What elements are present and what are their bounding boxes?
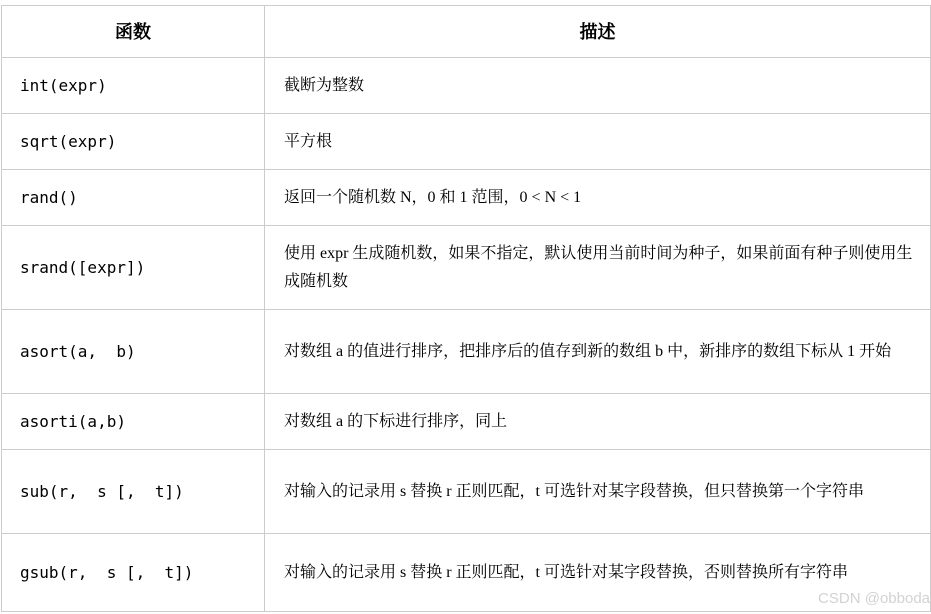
table-row-srand: srand([expr]) 使用 expr 生成随机数，如果不指定，默认使用当前… <box>2 226 931 310</box>
function-cell: rand() <box>2 170 265 226</box>
table-row-gsub: gsub(r, s [, t]) 对输入的记录用 s 替换 r 正则匹配，t 可… <box>2 534 931 612</box>
function-cell: asort(a, b) <box>2 310 265 394</box>
description-cell: 截断为整数 <box>265 58 931 114</box>
description-cell: 使用 expr 生成随机数，如果不指定，默认使用当前时间为种子，如果前面有种子则… <box>265 226 931 310</box>
table-row-sqrt: sqrt(expr) 平方根 <box>2 114 931 170</box>
table-row-int: int(expr) 截断为整数 <box>2 58 931 114</box>
description-cell: 对数组 a 的值进行排序，把排序后的值存到新的数组 b 中，新排序的数组下标从 … <box>265 310 931 394</box>
table-row-rand: rand() 返回一个随机数 N，0 和 1 范围，0 < N < 1 <box>2 170 931 226</box>
function-cell: asorti(a,b) <box>2 394 265 450</box>
description-cell: 返回一个随机数 N，0 和 1 范围，0 < N < 1 <box>265 170 931 226</box>
function-cell: srand([expr]) <box>2 226 265 310</box>
description-cell: 对输入的记录用 s 替换 r 正则匹配，t 可选针对某字段替换，但只替换第一个字… <box>265 450 931 534</box>
description-cell: 对数组 a 的下标进行排序，同上 <box>265 394 931 450</box>
table-row-asort: asort(a, b) 对数组 a 的值进行排序，把排序后的值存到新的数组 b … <box>2 310 931 394</box>
description-cell: 平方根 <box>265 114 931 170</box>
function-cell: int(expr) <box>2 58 265 114</box>
function-cell: gsub(r, s [, t]) <box>2 534 265 612</box>
page: 函数 描述 int(expr) 截断为整数 sqrt(expr) 平方根 ran… <box>0 0 931 614</box>
table-header-row: 函数 描述 <box>2 6 931 58</box>
awk-functions-table: 函数 描述 int(expr) 截断为整数 sqrt(expr) 平方根 ran… <box>1 5 931 612</box>
column-header-description: 描述 <box>265 6 931 58</box>
function-cell: sub(r, s [, t]) <box>2 450 265 534</box>
table-row-sub: sub(r, s [, t]) 对输入的记录用 s 替换 r 正则匹配，t 可选… <box>2 450 931 534</box>
column-header-function: 函数 <box>2 6 265 58</box>
description-cell: 对输入的记录用 s 替换 r 正则匹配，t 可选针对某字段替换，否则替换所有字符… <box>265 534 931 612</box>
table-row-asorti: asorti(a,b) 对数组 a 的下标进行排序，同上 <box>2 394 931 450</box>
function-cell: sqrt(expr) <box>2 114 265 170</box>
